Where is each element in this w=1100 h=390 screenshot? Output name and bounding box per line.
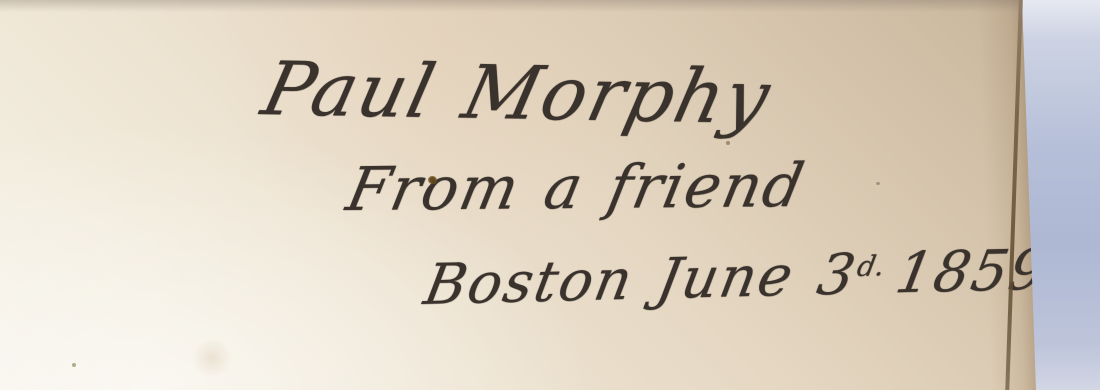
inscription-line-dedication: From a friend bbox=[342, 156, 810, 220]
inscription-line-name: Paul Morphy bbox=[256, 52, 778, 135]
inscription-name-text: Paul Morphy bbox=[255, 46, 780, 140]
paper-speck bbox=[72, 363, 76, 367]
paper-stain bbox=[190, 340, 234, 376]
book-page: Paul Morphy From a friend Boston June 3d… bbox=[0, 0, 1040, 390]
inscription-line-place-date: Boston June 3d.1859. bbox=[420, 242, 1072, 314]
paper-speck bbox=[876, 182, 880, 185]
inscription-date-ordinal: d. bbox=[855, 249, 888, 283]
ink-blot bbox=[428, 176, 437, 184]
inscription-dedication-text: From a friend bbox=[341, 151, 811, 225]
photo-handwritten-inscription: Paul Morphy From a friend Boston June 3d… bbox=[0, 0, 1100, 390]
inscription-place-date-prefix: Boston June 3 bbox=[419, 242, 862, 318]
paper-speck bbox=[726, 141, 730, 145]
